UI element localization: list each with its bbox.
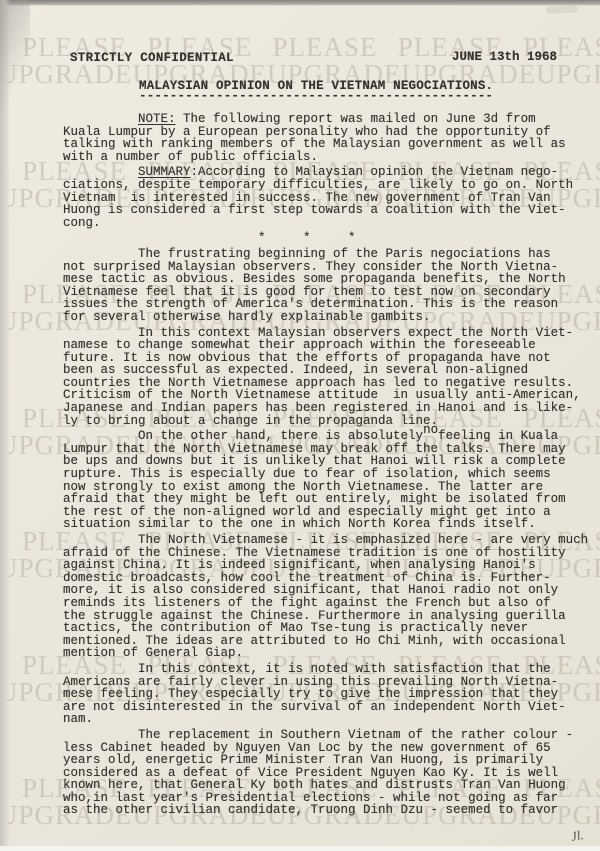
text-segment: situation similar to the one in which No…	[63, 517, 536, 531]
text-segment: with a number of public officials.	[63, 150, 318, 164]
body-paragraph-3: On the other hand, there is absolutelyno…	[63, 430, 588, 531]
body-paragraph-1: The frustrating beginning of the Paris n…	[63, 248, 588, 324]
document-line: with a number of public officials.	[63, 151, 588, 164]
body-paragraph-4: The North Vietnamese - it is emphasized …	[63, 534, 588, 660]
text-segment: * * *	[63, 231, 356, 245]
document-line: mention of General Giap.	[63, 647, 588, 660]
scan-edge-top	[0, 0, 600, 6]
typed-above-correction: no	[423, 423, 438, 437]
document-line: are not disinterested in the survival of…	[63, 701, 588, 714]
document-line: Huong is considered a first step towards…	[63, 204, 588, 217]
scanned-document-page: PLEASEPLEASEPLEASEPLEASEPLEASEUPGRADEUPG…	[0, 0, 600, 851]
document-line: as the other civilian candidate, Truong …	[63, 804, 588, 817]
note-paragraph: NOTE: The following report was mailed on…	[63, 113, 588, 163]
document-body: NOTE: The following report was mailed on…	[63, 113, 588, 820]
title-underline: ----------------------------------------…	[139, 92, 493, 101]
body-paragraph-5: In this context, it is noted with satisf…	[63, 663, 588, 726]
text-segment: Huong is considered a first step towards…	[63, 203, 566, 217]
document-line: situation similar to the one in which No…	[63, 518, 588, 531]
body-paragraph-2: In this context Malaysian observers expe…	[63, 327, 588, 428]
document-line: ly to bring about a change in the propag…	[63, 415, 588, 428]
text-segment: are not disinterested in the survival of…	[63, 700, 566, 714]
document-line: * * *	[63, 232, 588, 245]
document-title-block: MALAYSIAN OPINION ON THE VIETNAM NEGOCIA…	[139, 81, 493, 101]
document-line: nam.	[63, 713, 588, 726]
handwritten-annotation: Jl.	[570, 827, 585, 845]
text-segment: for several otherwise hardly explainable…	[63, 310, 431, 324]
document-content: STRICTLY CONFIDENTIAL JUNE 13th 1968 MAL…	[0, 0, 600, 851]
text-segment: cong.	[63, 216, 101, 230]
scan-corner-shadow	[0, 0, 30, 110]
document-line: cong.	[63, 217, 588, 230]
body-paragraph-6: The replacement in Southern Vietnam of t…	[63, 729, 588, 817]
text-segment: nam.	[63, 712, 93, 726]
text-segment: mention of General Giap.	[63, 646, 243, 660]
document-date: JUNE 13th 1968	[452, 50, 557, 64]
star-separator: * * *	[63, 232, 588, 245]
classification-label: STRICTLY CONFIDENTIAL	[70, 51, 234, 65]
scan-edge-bottom	[0, 846, 600, 851]
scan-edge-left	[0, 0, 10, 851]
summary-paragraph: SUMMARY:According to Malaysian opinion t…	[63, 166, 588, 229]
text-segment: as the other civilian candidate, Truong …	[63, 803, 558, 817]
text-segment: ly to bring about a change in the propag…	[63, 414, 438, 428]
document-line: for several otherwise hardly explainable…	[63, 311, 588, 324]
